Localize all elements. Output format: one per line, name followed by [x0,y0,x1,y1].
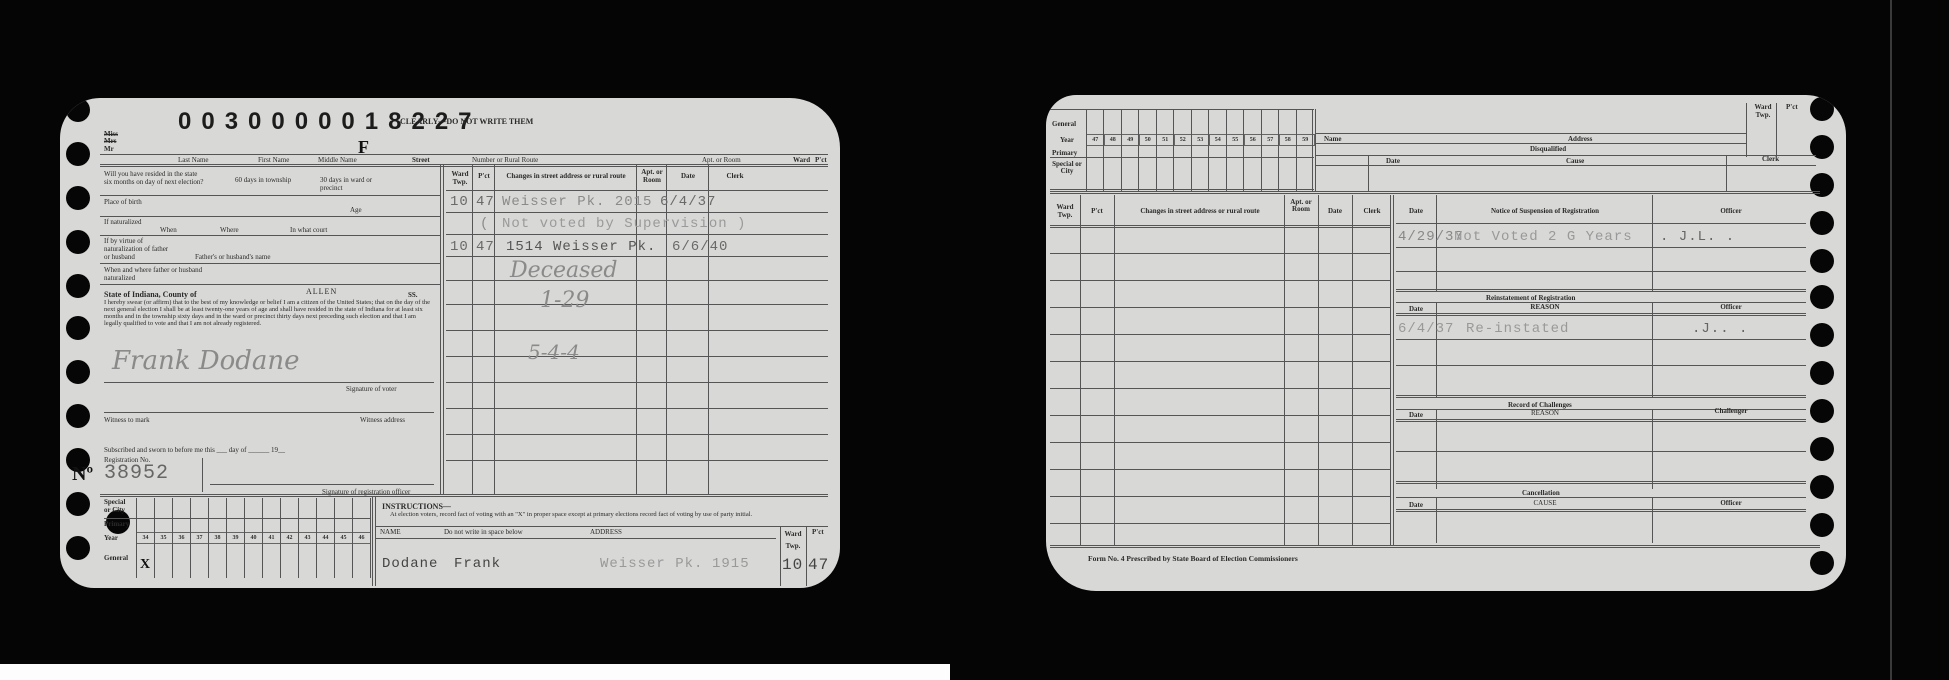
rule [1436,497,1437,543]
transfer-address-label: Address [1568,135,1592,143]
year-cell: 45 [335,533,353,544]
row3-ward: 10 [450,239,469,255]
reinstatement-date-header: Date [1396,305,1436,313]
rule [370,498,371,578]
rule [244,498,245,578]
rule [280,498,281,578]
rule [446,382,828,383]
instructions-heading: INSTRUCTIONS— [382,503,451,511]
rule [494,164,495,494]
punch-hole [1810,475,1834,499]
punch-hole [66,492,90,516]
col-ward: Ward Twp. [1050,203,1080,219]
rule [100,494,828,497]
rule [446,356,828,357]
rule [100,284,440,285]
days-ward: 30 days in ward or precinct [320,176,390,192]
rule [1436,302,1437,398]
rule [100,235,440,236]
rule [100,216,440,217]
row2-address: Not voted by Supervision ) [502,216,746,232]
punch-hole [66,186,90,210]
year-cell: 49 [1122,135,1140,146]
rule [1050,388,1390,389]
rule [136,498,137,578]
stub-address: Weisser Pk. [600,556,703,572]
row-special-city: Special or City [1052,161,1082,175]
cancellation-title: Cancellation [1522,489,1560,497]
label-middle-name: Middle Name [318,156,357,164]
transfer-disqualified-label: Disqualified [1530,145,1566,153]
subscribed-text: Subscribed and sworn to before me this _… [104,446,285,454]
row-special-city: Special or City [104,498,128,514]
row-year: Year [1060,136,1074,144]
rule [316,498,317,578]
punch-hole [1810,211,1834,235]
rule [1396,271,1806,272]
rule [1050,415,1390,416]
rule [1316,133,1746,134]
col-date: Date [1318,207,1352,215]
rule [446,434,828,435]
challenges-reason-header: REASON [1438,409,1652,417]
punch-hole [66,316,90,340]
rule [1746,103,1747,157]
punch-hole [1810,323,1834,347]
reinstatement-reason: Re-instated [1466,321,1569,337]
father-when-where: When and where father or husband natural… [104,266,204,282]
rule [446,256,828,257]
rule [1261,109,1262,191]
rule [100,263,440,264]
rule [1396,419,1806,422]
voter-signature: Frank Dodane [112,346,300,376]
year-cell: 38 [209,533,227,544]
rule [440,164,444,494]
label-ward: Ward [793,156,810,164]
rule [1138,109,1139,191]
rule [1050,280,1390,281]
rule [1436,409,1437,489]
rule [1050,361,1390,362]
rule [1050,253,1390,254]
rule [1050,225,1390,228]
rule [1352,195,1353,545]
challenges-challenger-header: Challenger [1656,407,1806,415]
rule [208,498,209,578]
punch-hole [66,274,90,298]
rule [1121,109,1122,191]
salutation-mrs: Mrs [104,137,116,145]
punch-hole [1810,513,1834,537]
stub-pct-label: P'ct [812,528,824,536]
salutation-mr: Mr [104,145,114,153]
rule [1318,195,1319,545]
year-cell: 54 [1210,135,1228,146]
rule [1396,451,1806,452]
year-cell: 51 [1157,135,1175,146]
transfer-date-label: Date [1386,157,1400,165]
rule [1296,109,1297,191]
rule [376,538,776,539]
rule [372,496,376,586]
rule [780,526,781,586]
oath-text: I hereby swear (or affirm) that to the b… [104,299,434,327]
row-primary: Primary [104,520,129,528]
reinstatement-reason-header: REASON [1438,303,1652,311]
punch-hole [1810,551,1834,575]
rule [1652,302,1653,398]
rule [446,330,828,331]
year-cell: 42 [281,533,299,544]
reinstatement-officer-header: Officer [1656,303,1806,311]
rule [1776,103,1777,157]
punch-hole [1810,97,1834,121]
naturalized-when: When [160,226,177,234]
rule [1396,247,1806,248]
rule [1652,409,1653,489]
row-general: General [1052,120,1076,128]
stub-address-label: ADDRESS [590,528,622,536]
punch-hole [66,98,90,122]
rule [210,484,434,485]
rule [1208,109,1209,191]
rule [100,164,828,167]
rule [1652,497,1653,543]
rule [1114,195,1115,545]
oath-heading: State of Indiana, County of [104,291,197,299]
suspension-notice: Not Voted 2 G Years [1454,229,1633,245]
rule [298,498,299,578]
rule [100,195,440,196]
label-last-name: Last Name [178,156,209,164]
year-cell: 52 [1175,135,1193,146]
col-clerk: Clerk [710,172,760,180]
cancellation-date-header: Date [1396,501,1436,509]
rule [446,460,828,461]
col-date: Date [668,172,708,180]
rule [636,164,637,494]
row1-ward: 10 [450,194,469,210]
year-cell: 39 [227,533,245,544]
row1-pct: 47 [476,194,495,210]
rule [262,498,263,578]
rule [100,154,828,155]
punch-hole [1810,437,1834,461]
col-ward: Ward Twp. [448,170,472,186]
witness-label: Witness to mark [104,416,150,424]
rule [446,280,828,281]
year-cell: 46 [353,533,371,544]
punch-hole [1810,249,1834,273]
year-cell: 43 [299,533,317,544]
punch-hole [1810,361,1834,385]
transfer-cause-label: Cause [1566,157,1584,165]
stub-ward-label: Ward Twp. [782,528,804,552]
rule [1284,195,1285,545]
rule [1396,365,1806,366]
form-footer: Form No. 4 Prescribed by State Board of … [1088,555,1298,563]
ss-label: SS. [408,291,418,299]
year-cell: 48 [1105,135,1123,146]
year-cell: 50 [1140,135,1158,146]
row1-address: Weisser Pk. 2015 [502,194,652,210]
stub-last-name: Dodane [382,556,438,572]
suspension-notice-header: Notice of Suspension of Registration [1438,207,1652,215]
punch-hole [1810,399,1834,423]
instructions-text: At election voters, record fact of votin… [390,511,810,518]
residence-question: Will you have resided in the state six m… [104,170,204,186]
rule [1396,313,1806,316]
row3-pct: 47 [476,239,495,255]
row-year: Year [104,534,118,542]
rule [352,498,353,578]
handwritten-date-2: 5-4-4 [528,340,580,364]
handwritten-date-1: 1-29 [540,288,589,313]
place-of-birth-label: Place of birth [104,198,144,206]
rule [1050,109,1314,110]
rule [1191,109,1192,191]
rule [1050,189,1314,190]
handwritten-deceased: Deceased [510,258,618,283]
county-name: ALLEN [306,288,337,296]
year-cell: 58 [1280,135,1298,146]
year-cell: 41 [263,533,281,544]
rule [104,412,434,413]
number-symbol: Nº [72,464,93,484]
rule [1316,143,1746,144]
father-name-label: Father's or husband's name [195,253,270,261]
rule [1156,109,1157,191]
year-cell: 34 [137,533,155,544]
registration-card-back: General Year Primary Special or City 47 … [1046,95,1846,591]
rule [1368,155,1369,191]
white-strip [0,664,950,680]
rule [1726,155,1727,191]
transfer-ward-label: Ward Twp. [1750,103,1776,119]
age-label: Age [350,206,362,214]
rule [1396,481,1806,484]
rule [172,498,173,578]
label-pct: P'ct [815,156,827,164]
scanner-edge-line [1890,0,1892,680]
naturalized-label: If naturalized [104,218,142,226]
naturalized-where: Where [220,226,239,234]
year-cell: 35 [155,533,173,544]
punch-hole [66,142,90,166]
rule [190,498,191,578]
rule [1390,195,1394,545]
col-pct: P'ct [1082,207,1112,215]
rule [1173,109,1174,191]
cancellation-officer-header: Officer [1656,499,1806,507]
year-cell: 56 [1245,135,1263,146]
label-first-name: First Name [258,156,289,164]
rule [1050,191,1820,194]
rule [1278,109,1279,191]
stub-ward: 10 [782,556,803,574]
general-vote-mark: X [140,558,150,572]
reinstatement-date: 6/4/37 [1398,321,1454,337]
rule [154,498,155,578]
row-general: General [104,554,128,562]
reinstatement-title: Reinstatement of Registration [1486,294,1575,302]
rule [708,164,709,494]
cancellation-cause-header: CAUSE [1438,499,1652,507]
stub-pct: 47 [808,556,829,574]
punch-hole [66,360,90,384]
row3-address: 1514 Weisser Pk. [506,239,656,255]
rule [806,526,807,586]
row1-date: 6/4/37 [660,194,716,210]
naturalized-court: In what court [290,226,327,234]
rule [1316,165,1816,166]
transfer-name-label: Name [1324,135,1342,143]
signature-label: Signature of voter [346,385,397,393]
year-cell: 44 [317,533,335,544]
rule [1050,442,1390,443]
punch-hole [66,404,90,428]
stub-do-not-write: Do not write in space below [444,528,523,536]
year-cell: 47 [1087,135,1105,146]
row3-date: 6/6/40 [672,239,728,255]
rule [1103,109,1104,191]
label-number-route: Number or Rural Route [472,156,538,164]
rule [1396,395,1806,398]
year-cell: 55 [1227,135,1245,146]
rule [1243,109,1244,191]
suspension-officer: . J.L. . [1660,229,1735,245]
rule [1050,157,1314,158]
punch-hole [1810,285,1834,309]
stub-first-name: Frank [454,556,501,572]
rule [446,190,828,191]
year-cell: 36 [173,533,191,544]
rule [1396,497,1806,498]
rule [1050,334,1390,335]
registration-number: 38952 [104,462,169,485]
rule [1226,109,1227,191]
days-township: 60 days in township [235,176,295,184]
col-changes: Changes in street address or rural route [1116,207,1284,215]
rule [1652,195,1653,291]
father-naturalization: If by virtue of naturalization of father… [104,237,174,261]
rule [446,408,828,409]
rule [1312,109,1316,191]
rule [472,164,473,494]
header-note: CLEARLY—DO NOT WRITE THEM [400,118,533,126]
label-apt-room: Apt. or Room [702,156,741,164]
punch-hole [66,230,90,254]
rule [376,526,828,527]
label-street: Street [412,156,430,164]
registration-card-front: 0030000018227 CLEARLY—DO NOT WRITE THEM … [60,98,840,588]
rule [104,518,370,519]
rule [1050,307,1390,308]
rule [1396,223,1806,224]
suspension-officer-header: Officer [1656,207,1806,215]
rule [1396,289,1806,292]
rule [104,382,434,383]
col-changes: Changes in street address or rural route [496,172,636,180]
rule [1396,339,1806,340]
witness-address-label: Witness address [360,416,405,424]
rule [1050,523,1390,524]
rule [1050,545,1820,548]
rule [1080,195,1081,545]
row-primary: Primary [1052,149,1077,157]
col-apt: Apt. or Room [638,168,666,184]
year-cell: 40 [245,533,263,544]
stub-name-label: NAME [380,528,401,536]
year-cell: 37 [191,533,209,544]
rule [202,458,203,492]
rule [1316,155,1816,156]
rule [1050,469,1390,470]
col-pct: P'ct [474,172,494,180]
stub-number: 1915 [712,556,750,572]
rule [1396,509,1806,512]
rule [1050,496,1390,497]
col-clerk: Clerk [1354,207,1390,215]
rule [226,498,227,578]
rule [666,164,667,494]
punch-hole [66,536,90,560]
col-apt: Apt. or Room [1286,199,1316,213]
reinstatement-officer: .J.. . [1692,321,1748,337]
transfer-pct-label: P'ct [1786,103,1798,111]
year-cell: 57 [1262,135,1280,146]
rule [446,212,828,213]
challenges-date-header: Date [1396,411,1436,419]
row2-pct: ( [480,216,489,232]
challenges-title: Record of Challenges [1508,401,1572,409]
rule [334,498,335,578]
rule [446,304,828,305]
rule [1086,109,1087,191]
year-cell: 53 [1192,135,1210,146]
rule [446,234,828,235]
suspension-date-header: Date [1396,207,1436,215]
